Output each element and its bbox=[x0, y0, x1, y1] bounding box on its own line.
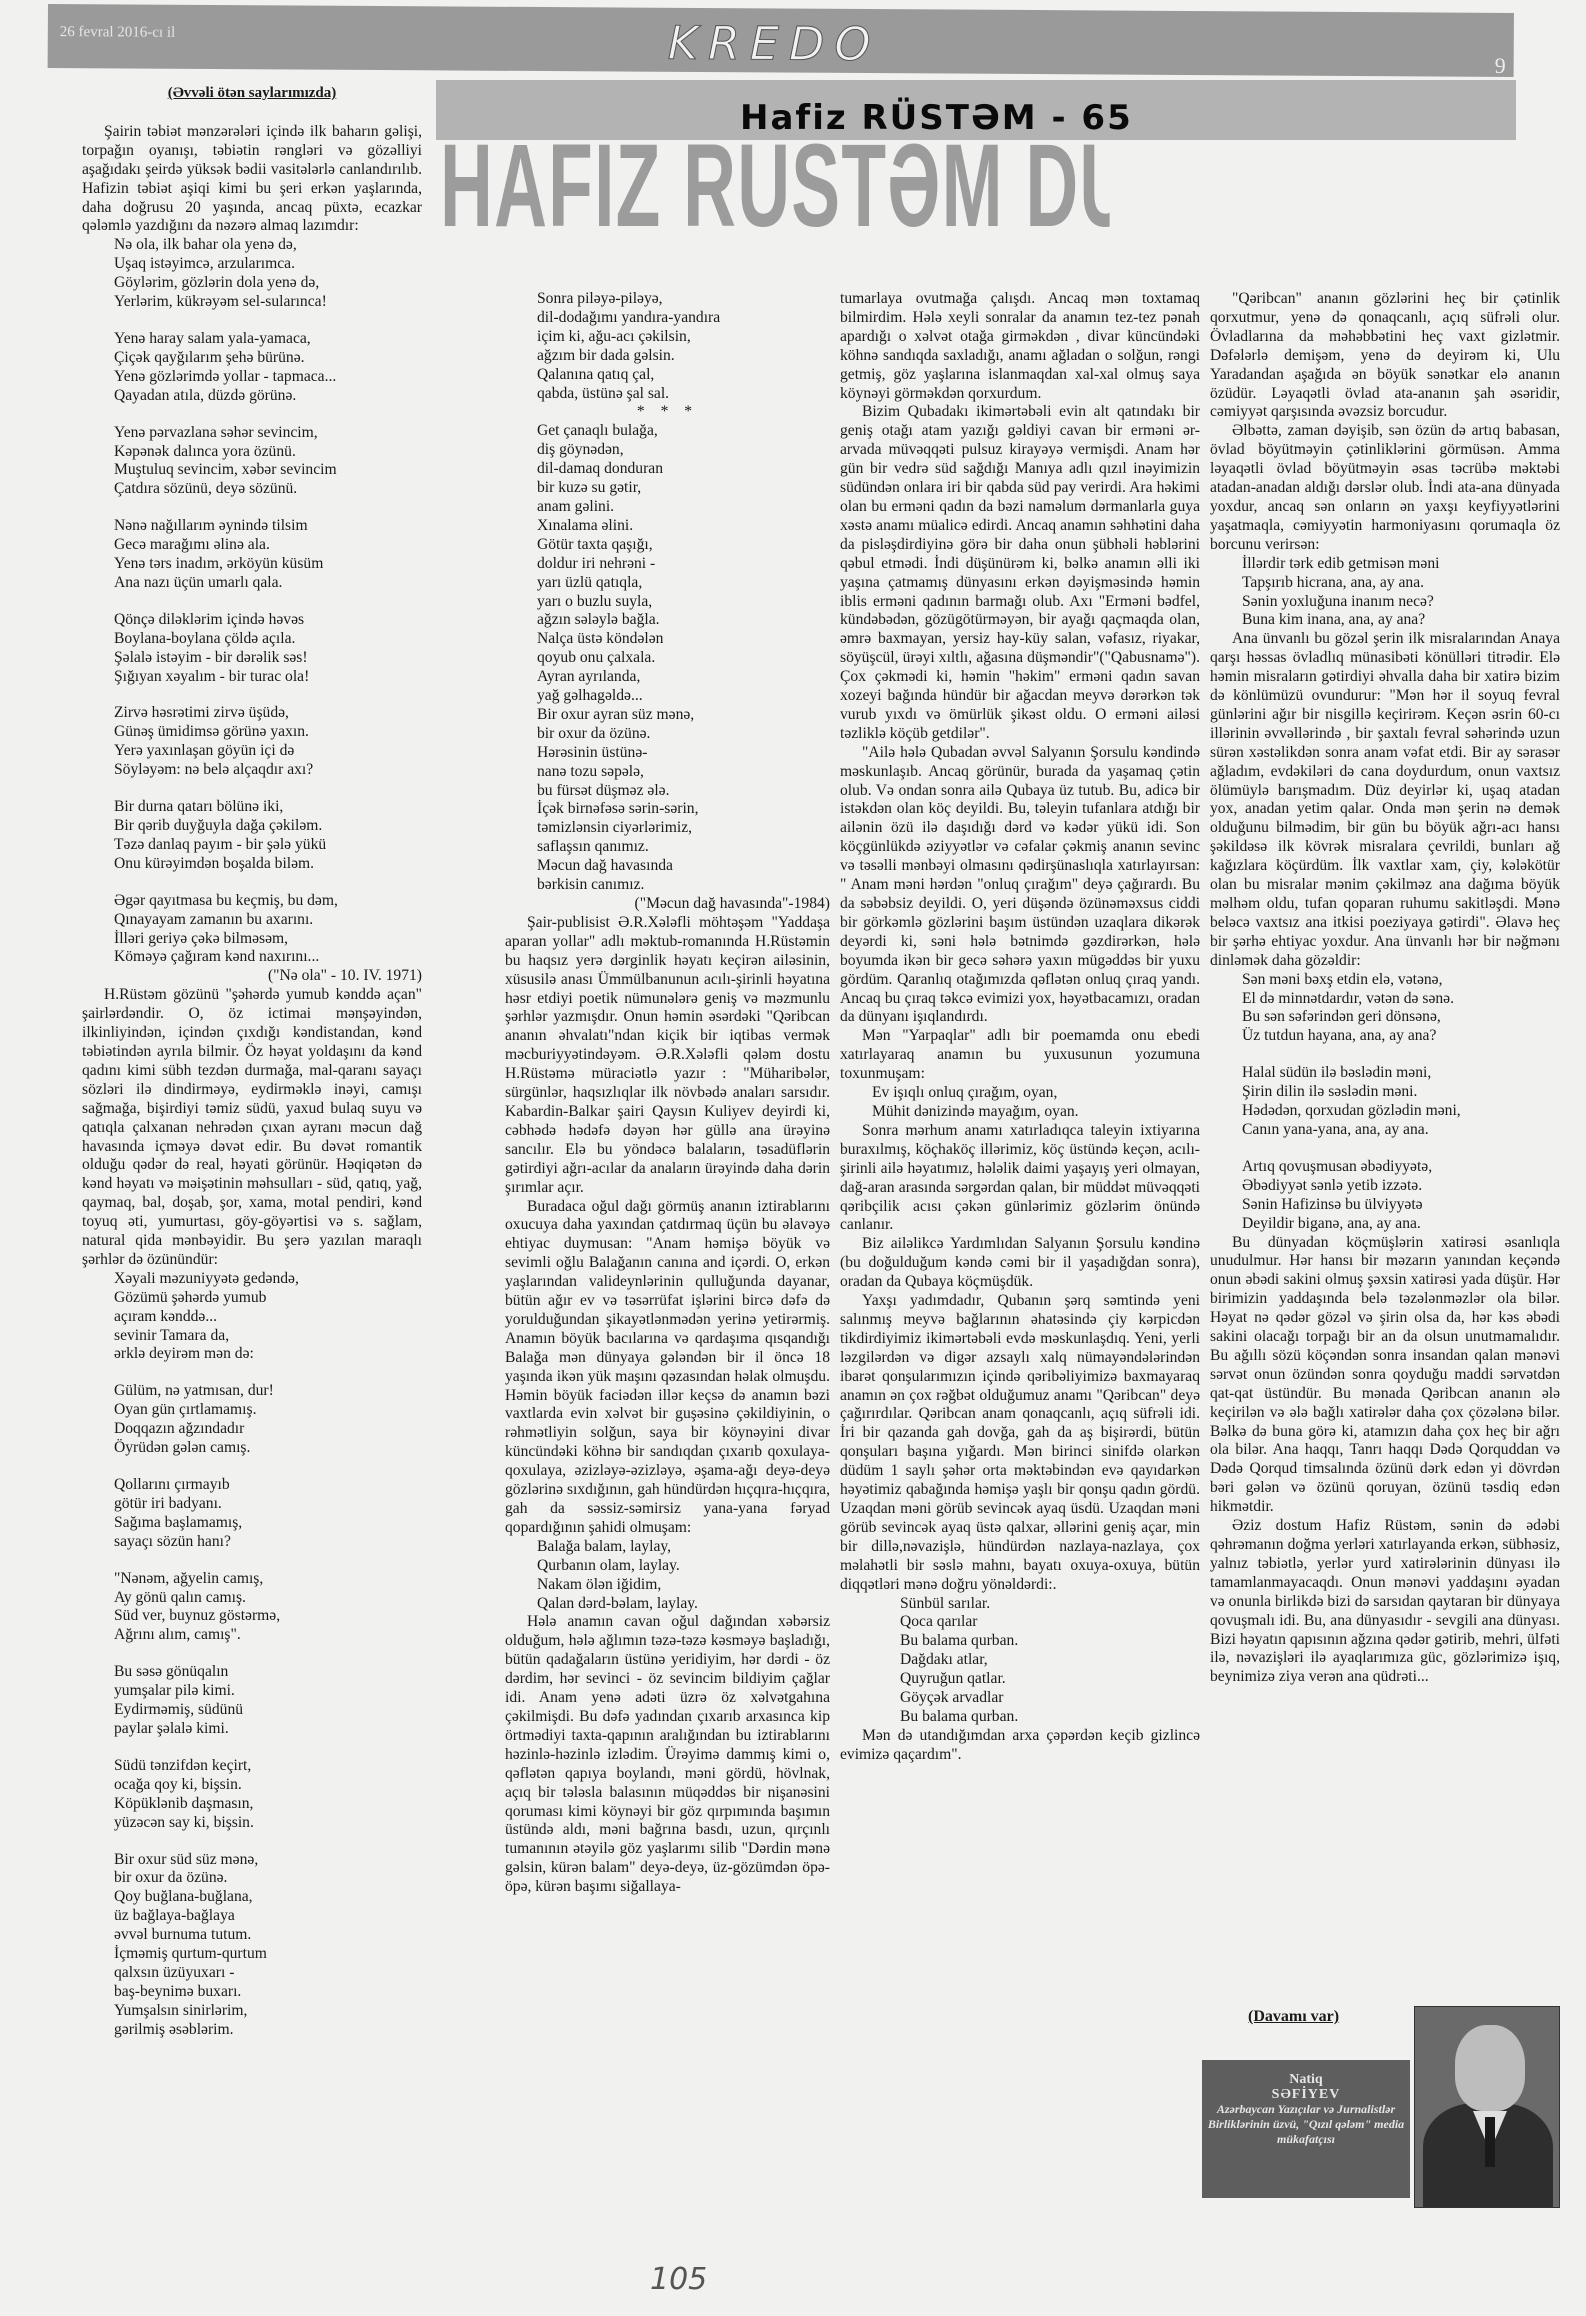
poem-stanza: Artıq qovuşmusan əbədiyyətə, Əbədiyyət s… bbox=[1210, 1158, 1560, 1234]
paragraph: Biz ailəlikcə Yardımlıdan Salyanın Şorsu… bbox=[840, 1235, 1200, 1292]
paragraph: Əziz dostum Hafiz Rüstəm, sənin də ədəbi… bbox=[1210, 1517, 1560, 1687]
paragraph: H.Rüstəm gözünü "şəhərdə yumub kənddə aç… bbox=[82, 986, 422, 1270]
poem-stanza: Ev işıqlı onluq çırağım, oyan, Mühit dən… bbox=[840, 1084, 1200, 1122]
poem-stanza: Qönçə diləklərim içində həvəs Boylana-bo… bbox=[82, 611, 422, 687]
poem-stanza: Gülüm, nə yatmısan, dur! Oyan gün çırtla… bbox=[82, 1382, 422, 1458]
photo-tie bbox=[1485, 2117, 1495, 2167]
issue-date: 26 fevral 2016-cı il bbox=[60, 24, 175, 42]
article-kicker: Hafiz RÜSTƏM - 65 bbox=[740, 98, 1133, 138]
author-first-name: Natiq bbox=[1202, 2072, 1410, 2087]
paragraph: Şairin təbiət mənzərələri içində ilk bah… bbox=[82, 123, 422, 236]
paragraph: "Ailə hələ Qubadan əvvəl Salyanın Şorsul… bbox=[840, 744, 1200, 1028]
poem-stanza: Bir oxur süd süz mənə, bir oxur da özünə… bbox=[82, 1851, 422, 2040]
paragraph: Mən "Yarpaqlar" adlı bir poemamda onu eb… bbox=[840, 1027, 1200, 1084]
poem-stanza: Əgər qayıtmasa bu keçmiş, bu dəm, Qınaya… bbox=[82, 892, 422, 968]
poem-stanza: Sən məni bəxş etdin elə, vətənə, El də m… bbox=[1210, 971, 1560, 1047]
column-4: "Qəribcan" ananın gözlərini heç bir çəti… bbox=[1210, 290, 1560, 1687]
paragraph: "Qəribcan" ananın gözlərini heç bir çəti… bbox=[1210, 290, 1560, 422]
poem-stanza: Bu səsə gönüqalın yumşalar pilə kimi. Ey… bbox=[82, 1663, 422, 1739]
column-3: tumarlaya ovutmağa çalışdı. Ancaq mən to… bbox=[840, 290, 1200, 1765]
masthead: 26 fevral 2016-cı il KREDO 9 bbox=[48, 4, 1514, 77]
poem-stanza: Get çanaqlı bulağa, diş göynədən, dil-da… bbox=[505, 422, 830, 895]
poem-stanza: Sonra piləyə-piləyə, dil-dodağımı yandır… bbox=[505, 290, 830, 403]
poem-stanza: Zirvə həsrətimi zirvə üşüdə, Günəş ümidi… bbox=[82, 704, 422, 780]
poem-stanza: Sünbül sarılar. Qoca qarılar Bu balama q… bbox=[840, 1595, 1200, 1727]
poem-stanza: Halal südün ilə bəslədin məni, Şirin dil… bbox=[1210, 1064, 1560, 1140]
author-last-name: SƏFİYEV bbox=[1202, 2087, 1410, 2102]
author-photo bbox=[1414, 2006, 1560, 2208]
poem-stanza: Yenə haray salam yala-yamaca, Çiçək qayğ… bbox=[82, 330, 422, 406]
paragraph: Buradaca oğul dağı görmüş ananın iztirab… bbox=[505, 1198, 830, 1538]
photo-head bbox=[1455, 2025, 1525, 2111]
paragraph: Mən də utandığımdan arxa çəpərdən keçib … bbox=[840, 1727, 1200, 1765]
continued-label: (Davamı var) bbox=[1248, 2008, 1339, 2026]
paragraph: Şair-publisist Ə.R.Xələfli möhtəşəm "Yad… bbox=[505, 914, 830, 1198]
poem-stanza: Nənə nağıllarım əynində tilsim Gecə mara… bbox=[82, 517, 422, 593]
paragraph: Sonra mərhum anamı xatırladıqca taleyin … bbox=[840, 1122, 1200, 1235]
poem-stanza: Nə ola, ilk bahar ola yenə də, Uşaq istə… bbox=[82, 236, 422, 312]
paragraph: tumarlaya ovutmağa çalışdı. Ancaq mən to… bbox=[840, 290, 1200, 403]
author-role: Azərbaycan Yazıçılar və Jurnalistlər Bir… bbox=[1202, 2102, 1410, 2147]
poem-source: ("Məcun dağ havasında"-1984) bbox=[505, 895, 830, 914]
poem-source: ("Nə ola" - 10. IV. 1971) bbox=[82, 967, 422, 986]
poem-stanza: İllərdir tərk edib getmisən məni Tapşırı… bbox=[1210, 555, 1560, 631]
poem-stanza: Bir durna qatarı bölünə iki, Bir qərib d… bbox=[82, 798, 422, 874]
paragraph: Yaxşı yadımdadır, Qubanın şərq səmtində … bbox=[840, 1292, 1200, 1595]
section-separator: * * * bbox=[505, 403, 830, 422]
poem-stanza: Qollarını çırmayıb götür iri badyanı. Sa… bbox=[82, 1476, 422, 1552]
paragraph: Ana ünvanlı bu gözəl şerin ilk misraları… bbox=[1210, 630, 1560, 970]
paragraph: Bu dünyadan köçmüşlərin xatirəsi əsanlıq… bbox=[1210, 1234, 1560, 1518]
poem-stanza: "Nənəm, ağyelin camış, Ay gönü qalın cam… bbox=[82, 1570, 422, 1646]
paragraph: Əlbəttə, zaman dəyişib, sən özün də artı… bbox=[1210, 422, 1560, 554]
poem-stanza: Xəyali məzuniyyətə gedəndə, Gözümü şəhər… bbox=[82, 1270, 422, 1365]
column-2: Sonra piləyə-piləyə, dil-dodağımı yandır… bbox=[505, 290, 830, 1897]
page-number: 9 bbox=[1495, 53, 1506, 79]
newspaper-logo: KREDO bbox=[668, 16, 881, 71]
continued-from-label: (Əvvəli ötən saylarımızda) bbox=[82, 84, 422, 103]
poem-stanza: Südü tənzifdən keçirt, ocağa qoy ki, biş… bbox=[82, 1757, 422, 1833]
paragraph: Hələ anamın cavan oğul dağından xəbərsiz… bbox=[505, 1613, 830, 1897]
paragraph: Bizim Qubadakı ikimərtəbəli evin alt qat… bbox=[840, 403, 1200, 743]
poem-stanza: Balağa balam, laylay, Qurbanın olam, lay… bbox=[505, 1538, 830, 1614]
column-1: (Əvvəli ötən saylarımızda) Şairin təbiət… bbox=[82, 84, 422, 2040]
author-byline: Natiq SƏFİYEV Azərbaycan Yazıçılar və Ju… bbox=[1202, 2060, 1410, 2198]
article-headline: HAFİZ RÜSTƏM DÜNYASI bbox=[440, 140, 1110, 232]
poem-stanza: Yenə pərvazlana səhər sevincim, Kəpənək … bbox=[82, 424, 422, 500]
handwritten-mark: 105 bbox=[650, 2262, 707, 2297]
